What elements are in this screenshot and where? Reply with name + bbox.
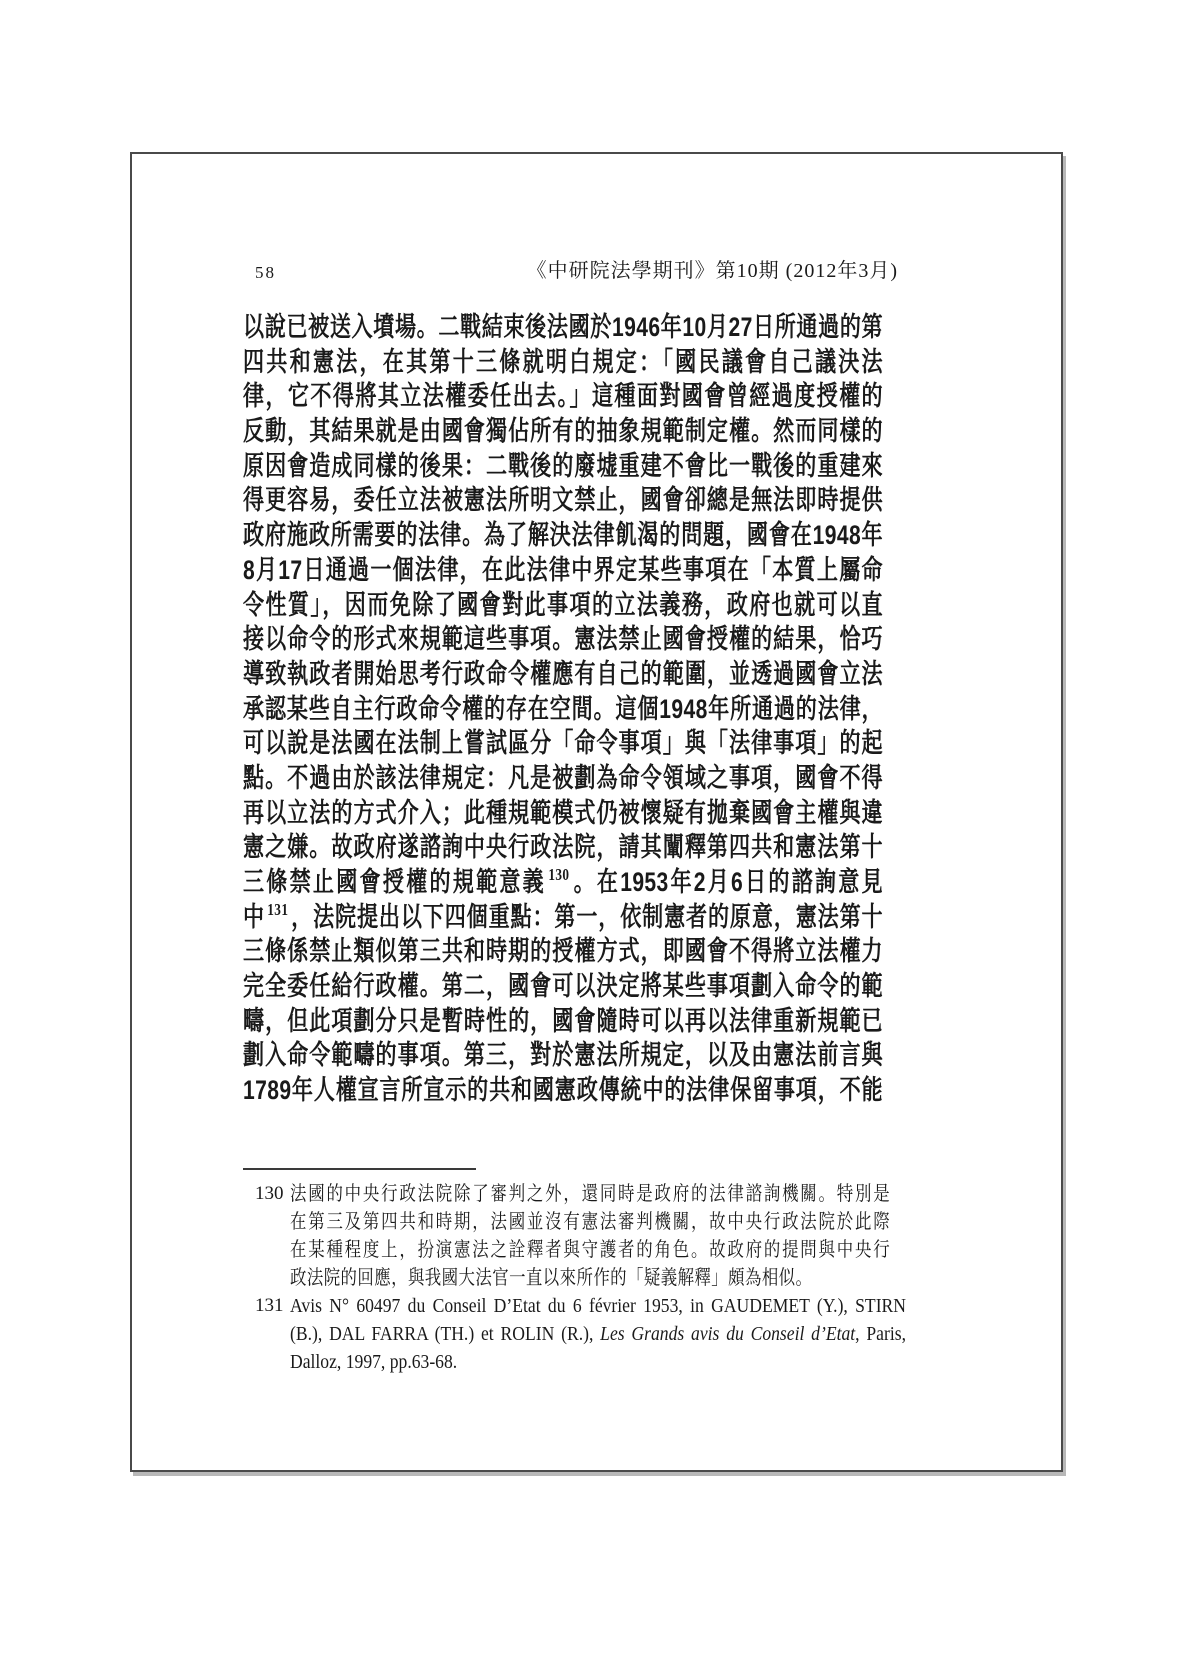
page-number: 58 [243,263,276,283]
footnote-citation-text: , Paris, [855,1323,906,1345]
body-line: 三條係禁止類似第三共和時期的授權方式，即國會不得將立法權力 [243,934,883,969]
footnote-body: 法國的中央行政法院除了審判之外，還同時是政府的法律諮詢機關。特別是 在第三及第四… [290,1180,1020,1292]
body-line: 反動，其結果就是由國會獨佔所有的抽象規範制定權。然而同樣的 [243,414,883,449]
footnote-line: Dalloz, 1997, pp.63-68. [290,1348,906,1376]
body-line: 導致執政者開始思考行政命令權應有自己的範圍，並透過國會立法 [243,657,883,692]
footnote-line: 法國的中央行政法院除了審判之外，還同時是政府的法律諮詢機關。特別是 [290,1180,890,1208]
body-line-text: 三條禁止國會授權的規範意義 [243,867,546,897]
footnote-line: (B.), DAL FARRA (TH.) et ROLIN (R.), Les… [290,1320,906,1348]
journal-title: 《中研院法學期刊》第10期 (2012年3月) [527,254,898,283]
body-line: 1789年人權宣言所宣示的共和國憲政傳統中的法律保留事項，不能 [243,1073,883,1108]
body-line: 政府施政所需要的法律。為了解決法律飢渴的問題，國會在1948年 [243,518,883,553]
footnote-citation-text: (B.), DAL FARRA (TH.) et ROLIN (R.), [290,1323,600,1345]
footnote-number: 130 [255,1180,290,1208]
body-line: 律，它不得將其立法權委任出去。」這種面對國會曾經過度授權的 [243,379,883,414]
body-line: 三條禁止國會授權的規範意義130。在1953年2月6日的諮詢意見 [243,865,883,900]
body-line: 令性質」，因而免除了國會對此事項的立法義務，政府也就可以直 [243,588,883,623]
body-line: 得更容易，委任立法被憲法所明文禁止，國會卻總是無法即時提供 [243,483,883,518]
body-line-text: ，法院提出以下四個重點：第一，依制憲者的原意，憲法第十 [291,902,883,932]
body-line-text: 中 [243,902,265,932]
body-line: 原因會造成同樣的後果：二戰後的廢墟重建不會比一戰後的重建來 [243,449,883,484]
footnote-line: 政法院的回應，與我國大法官一直以來所作的「疑義解釋」頗為相似。 [290,1264,890,1292]
body-line-text: 。在1953年2月6日的諮詢意見 [572,867,883,897]
body-line: 劃入命令範疇的事項。第三，對於憲法所規定，以及由憲法前言與 [243,1038,883,1073]
footnote-line: Avis N° 60497 du Conseil D’Etat du 6 fév… [290,1292,906,1320]
body-line: 疇，但此項劃分只是暫時性的，國會隨時可以再以法律重新規範已 [243,1004,883,1039]
body-line: 8月17日通過一個法律，在此法律中界定某些事項在「本質上屬命 [243,553,883,588]
body-line: 點。不過由於該法律規定：凡是被劃為命令領域之事項，國會不得 [243,761,883,796]
footnote-130: 130 法國的中央行政法院除了審判之外，還同時是政府的法律諮詢機關。特別是 在第… [243,1180,1020,1292]
page-sheet: 58 《中研院法學期刊》第10期 (2012年3月) 以說已被送入墳場。二戰結束… [130,152,1063,1472]
footnote-ref-131: 131 [267,900,288,919]
footnote-number: 131 [255,1292,290,1320]
page-header: 58 《中研院法學期刊》第10期 (2012年3月) [243,254,898,283]
footnote-line: 在某種程度上，扮演憲法之詮釋者與守護者的角色。故政府的提問與中央行 [290,1236,890,1264]
body-text: 以說已被送入墳場。二戰結束後法國於1946年10月27日所通過的第 四共和憲法，… [243,310,1063,1108]
body-line: 四共和憲法，在其第十三條就明白規定：「國民議會自己議決法 [243,345,883,380]
footnote-ref-130: 130 [548,865,569,884]
body-line: 接以命令的形式來規範這些事項。憲法禁止國會授權的結果，恰巧 [243,622,883,657]
footnote-131: 131 Avis N° 60497 du Conseil D’Etat du 6… [243,1292,1020,1376]
body-line: 承認某些自主行政命令權的存在空間。這個1948年所通過的法律， [243,692,883,727]
body-line: 完全委任給行政權。第二，國會可以決定將某些事項劃入命令的範 [243,969,883,1004]
footnote-body: Avis N° 60497 du Conseil D’Etat du 6 fév… [290,1292,990,1376]
footnote-separator [243,1168,476,1170]
footnote-line: 在第三及第四共和時期，法國並沒有憲法審判機關，故中央行政法院於此際 [290,1208,890,1236]
body-line: 以說已被送入墳場。二戰結束後法國於1946年10月27日所通過的第 [243,310,883,345]
document-canvas: 58 《中研院法學期刊》第10期 (2012年3月) 以說已被送入墳場。二戰結束… [0,0,1177,1664]
body-line: 可以說是法國在法制上嘗試區分「命令事項」與「法律事項」的起 [243,726,883,761]
footnotes-section: 130 法國的中央行政法院除了審判之外，還同時是政府的法律諮詢機關。特別是 在第… [243,1180,1020,1376]
body-line: 憲之嫌。故政府遂諮詢中央行政法院，請其闡釋第四共和憲法第十 [243,830,883,865]
footnote-citation-title: Les Grands avis du Conseil d’Etat [600,1323,855,1345]
body-line: 再以立法的方式介入；此種規範模式仍被懷疑有拋棄國會主權與違 [243,796,883,831]
body-line: 中131，法院提出以下四個重點：第一，依制憲者的原意，憲法第十 [243,900,883,935]
